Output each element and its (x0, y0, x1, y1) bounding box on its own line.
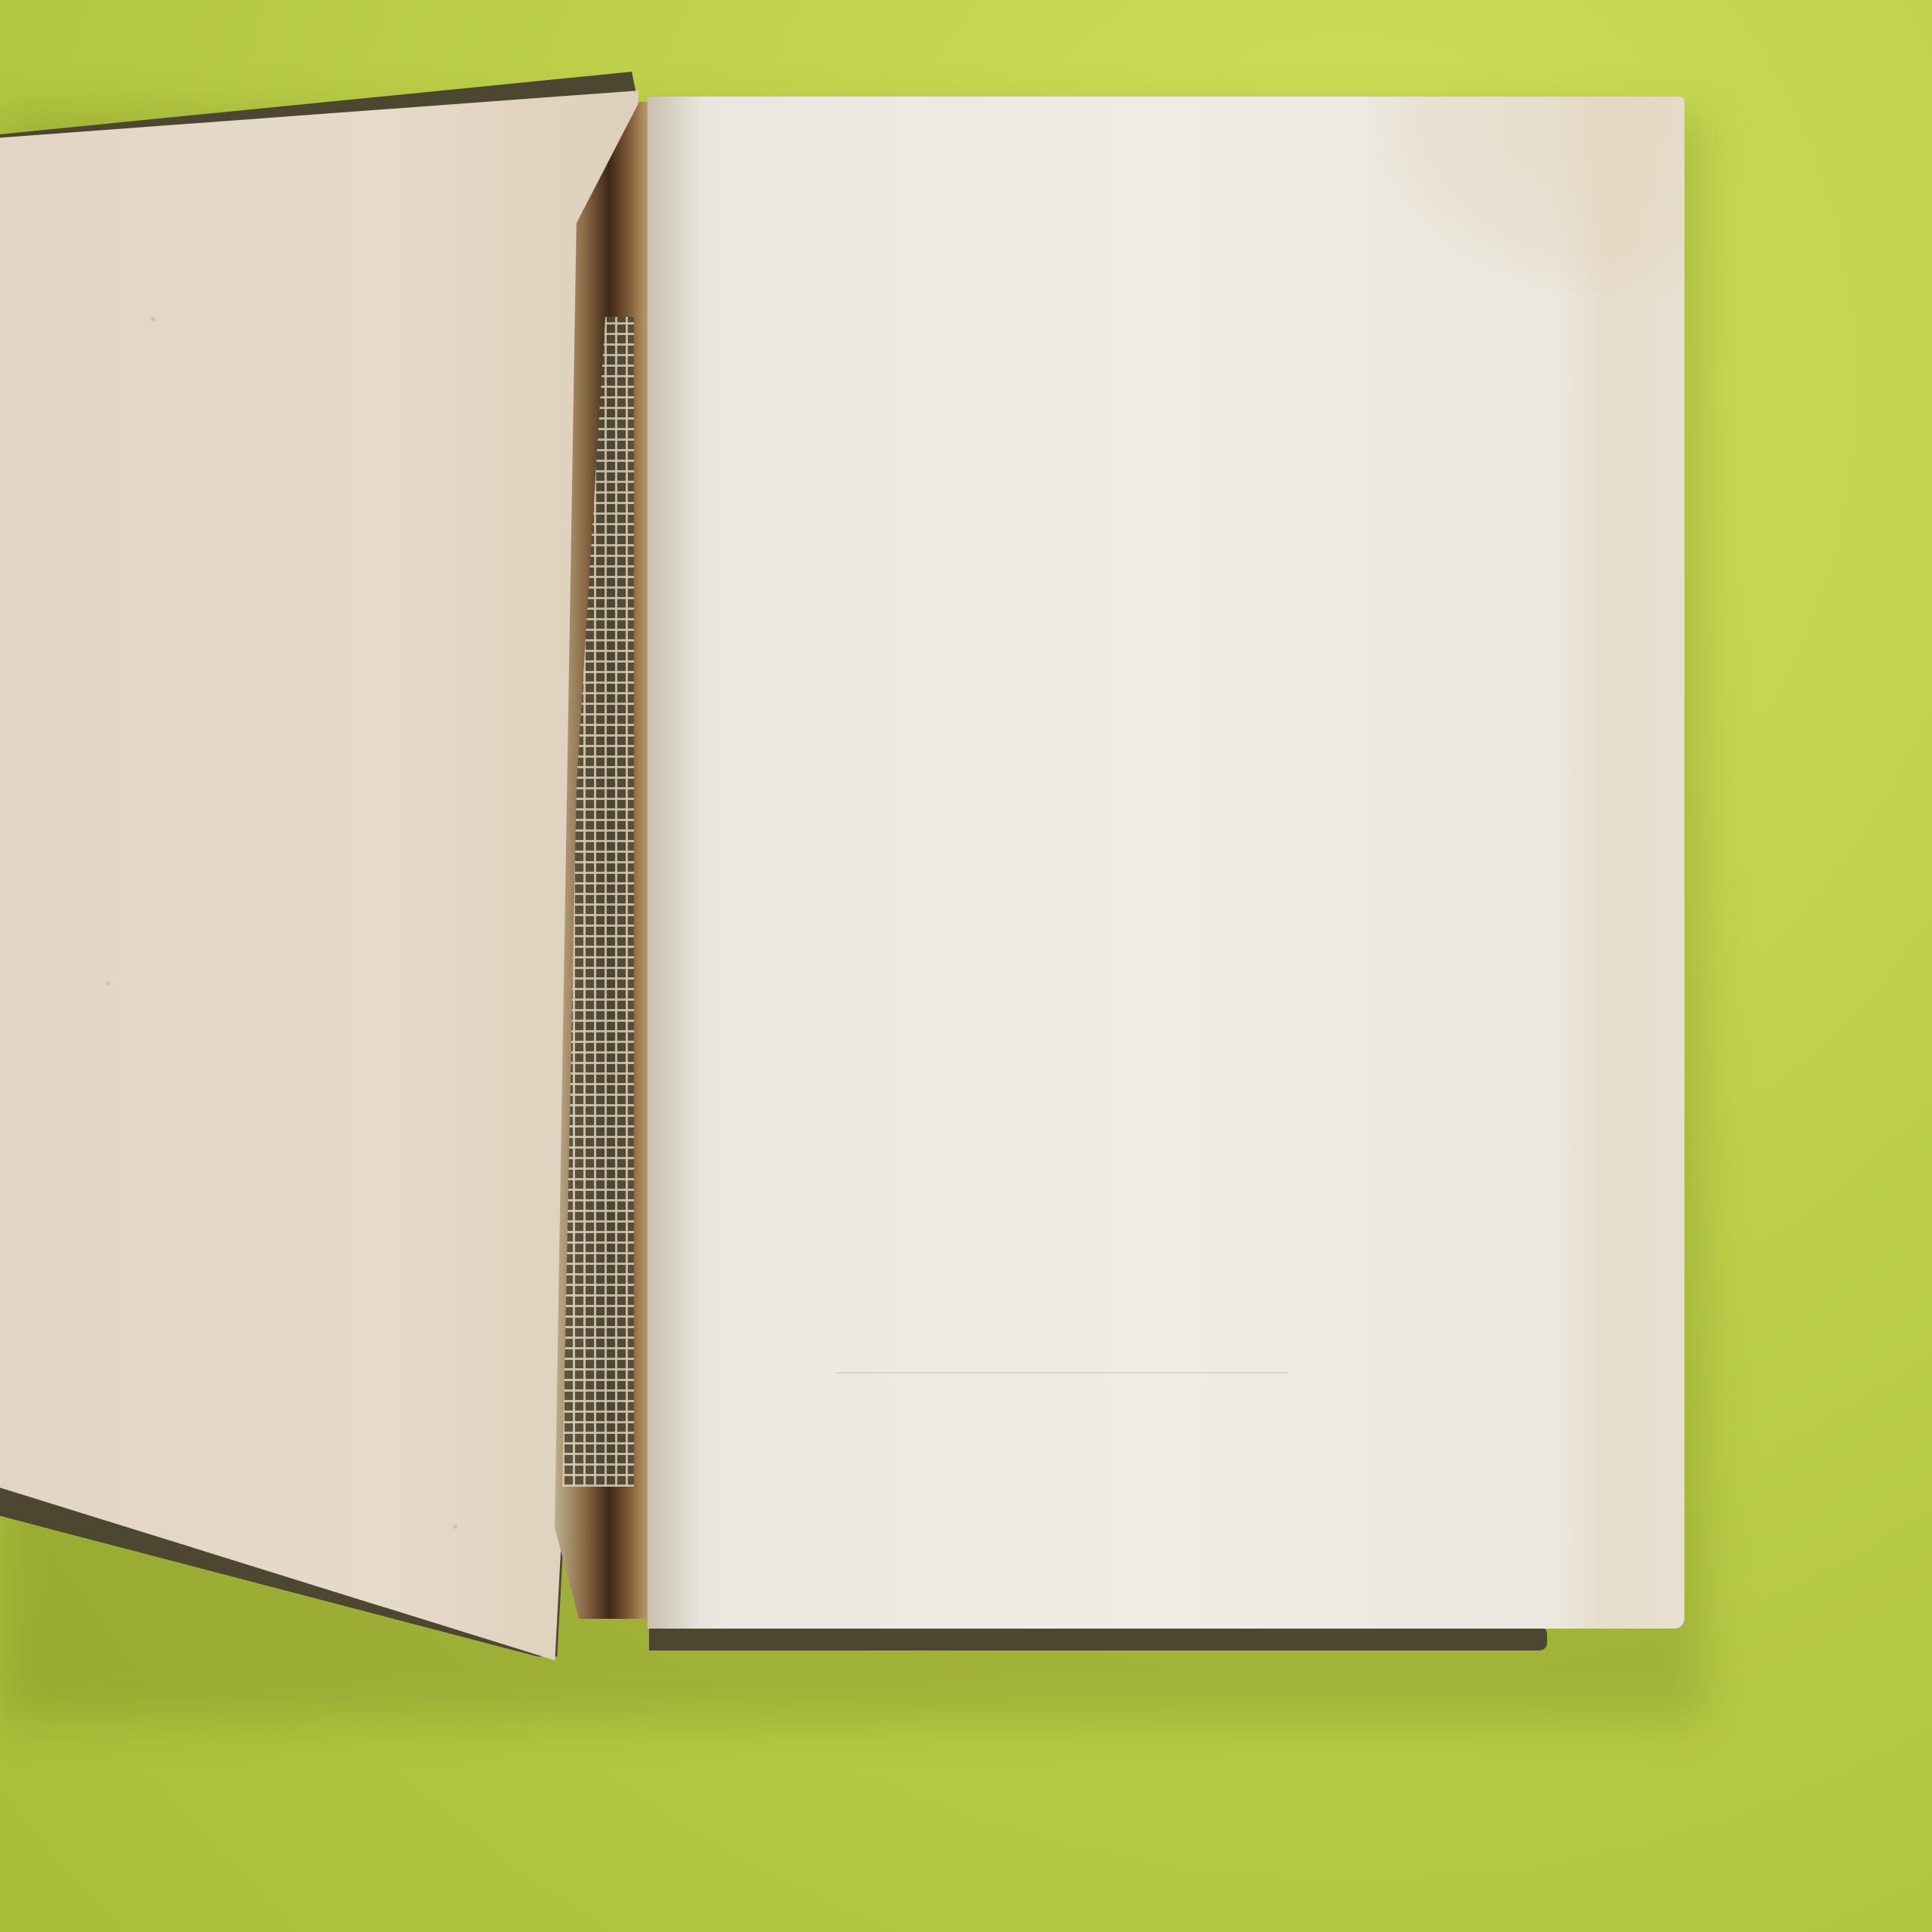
back-cover-edge (649, 1626, 1547, 1651)
paper-speck (151, 317, 155, 321)
faint-offset-line (836, 1372, 1289, 1374)
paper-speck (106, 981, 110, 986)
blank-flyleaf-page (648, 97, 1684, 1629)
green-background (0, 0, 1932, 1932)
gutter-shadow (648, 97, 700, 1629)
paper-speck (453, 1524, 457, 1529)
front-endpaper (0, 91, 645, 1660)
water-stain-edge (1556, 97, 1684, 1629)
